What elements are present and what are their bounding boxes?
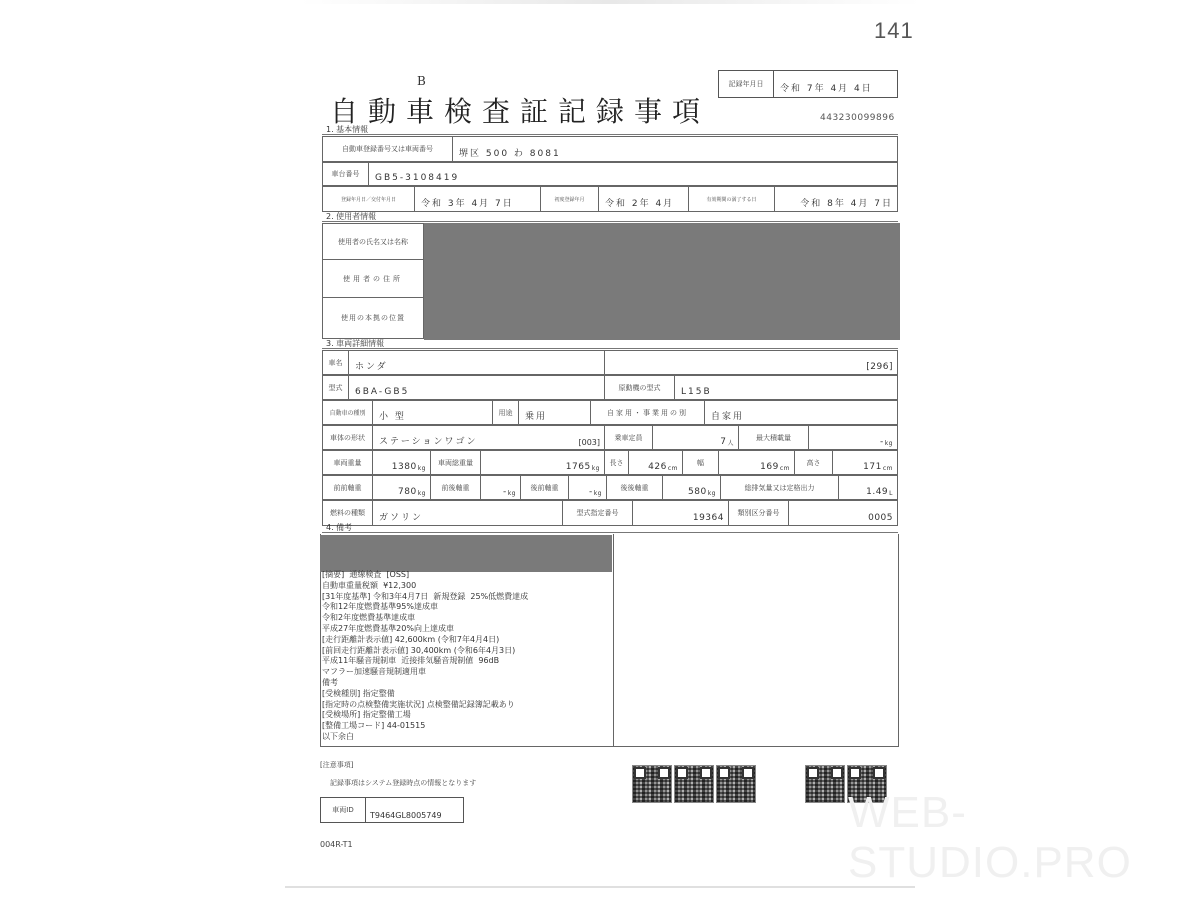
dimensions-row: 車両重量 1380kg 車両総重量 1765kg 長さ 426cm 幅 169c… (322, 450, 898, 475)
class-mark: B (417, 74, 426, 88)
remarks-line: 自動車重量税額 ¥12,300 (322, 581, 612, 592)
dates-row: 登録年月日／交付年月日 令和 3年 4月 7日 初度登録年月 令和 2年 4月 … (322, 186, 898, 212)
base-location-label: 使用の本拠の位置 (323, 298, 423, 338)
body-label: 車体の形状 (323, 426, 373, 449)
weight-label: 車両重量 (323, 451, 373, 474)
private-value: 自家用 (705, 401, 897, 424)
reg-date-value: 令和 3年 4月 7日 (415, 187, 541, 211)
gross-value: 1765 (566, 462, 591, 472)
section-user-title: 2. 使用者情報 (322, 211, 898, 222)
notes-text: 記録事項はシステム登録時点の情報となります (330, 778, 476, 788)
maker-row: 車名 ホンダ [296] (322, 350, 898, 375)
engine-label: 原動機の型式 (605, 376, 675, 399)
vehicle-id-label: 車両ID (321, 798, 366, 822)
displacement-unit: L (889, 490, 893, 497)
engine-value: L15B (675, 376, 897, 399)
length-cell: 426cm (629, 451, 683, 474)
weight-value: 1380 (392, 462, 417, 472)
qr-code-3 (716, 765, 756, 803)
weight-unit: kg (418, 465, 426, 472)
fr-axle-cell: -kg (481, 476, 521, 499)
chassis-row: 車台番号 GB5-3108419 (322, 162, 898, 186)
height-label: 高さ (795, 451, 833, 474)
width-label: 幅 (683, 451, 719, 474)
watermark: WEB-STUDIO.PRO (848, 788, 1200, 888)
vehicle-type-label: 自動車の種別 (323, 401, 373, 424)
remarks-box-right (612, 534, 899, 747)
chassis-label: 車台番号 (323, 163, 369, 185)
remarks-line: [前回走行距離計表示値] 30,400km (令和6年4月3日) (322, 646, 612, 657)
rf-axle-unit: kg (594, 490, 602, 497)
maker-label: 車名 (323, 351, 349, 374)
redacted-user-info (424, 223, 900, 340)
rr-axle-label: 後後軸重 (607, 476, 663, 499)
user-address-label: 使用者の住所 (323, 260, 423, 298)
body-value: ステーションワゴン (379, 434, 477, 447)
record-date-box: 記録年月日 令和 7年 4月 4日 (718, 70, 898, 98)
form-code: 004R-T1 (320, 840, 353, 849)
max-load-unit: kg (885, 440, 893, 447)
rf-axle-label: 後前軸重 (521, 476, 569, 499)
body-row: 車体の形状 ステーションワゴン [003] 乗車定員 7人 最大積載量 -kg (322, 425, 898, 450)
body-value-cell: ステーションワゴン [003] (373, 426, 605, 449)
rr-axle-unit: kg (708, 490, 716, 497)
record-date-value: 令和 7年 4月 4日 (774, 71, 897, 97)
remarks-line: 以下余白 (322, 732, 612, 743)
plate-label: 自動車登録番号又は車両番号 (323, 137, 453, 161)
user-label-column: 使用者の氏名又は名称 使用者の住所 使用の本拠の位置 (322, 223, 424, 339)
maker-value: ホンダ (349, 351, 605, 374)
rf-axle-value: - (589, 487, 593, 497)
displacement-cell: 1.49L (839, 476, 897, 499)
ff-axle-label: 前前軸重 (323, 476, 373, 499)
width-value: 169 (760, 462, 779, 472)
remarks-line: [受検種別] 指定整備 (322, 689, 612, 700)
model-value: 6BA-GB5 (349, 376, 605, 399)
qr-code-2 (674, 765, 714, 803)
remarks-line: マフラー加速騒音規制適用車 (322, 667, 612, 678)
remarks-line: 備考 (322, 678, 612, 689)
fr-axle-value: - (503, 487, 507, 497)
ff-axle-value: 780 (398, 487, 417, 497)
max-load-label: 最大積載量 (739, 426, 809, 449)
section-basic-title: 1. 基本情報 (322, 124, 898, 135)
gross-unit: kg (592, 465, 600, 472)
remarks-line: 平成27年度燃費基準20%向上達成車 (322, 624, 612, 635)
weight-cell: 1380kg (373, 451, 431, 474)
first-reg-value: 令和 2年 4月 (599, 187, 689, 211)
chassis-value: GB5-3108419 (369, 163, 897, 185)
remarks-line: 平成11年騒音規制車 近接排気騒音規制値 96dB (322, 656, 612, 667)
remarks-line: [走行距離計表示値] 42,600km (令和7年4月4日) (322, 635, 612, 646)
displacement-label: 総排気量又は定格出力 (721, 476, 839, 499)
use-label: 用途 (493, 401, 519, 424)
height-value: 171 (863, 462, 882, 472)
length-value: 426 (648, 462, 667, 472)
qr-code-1 (632, 765, 672, 803)
gross-label: 車両総重量 (431, 451, 481, 474)
ff-axle-cell: 780kg (373, 476, 431, 499)
page-number: 141 (874, 18, 914, 44)
remarks-line: 令和12年度燃費基準95%達成車 (322, 602, 612, 613)
ff-axle-unit: kg (418, 490, 426, 497)
first-reg-label: 初度登録年月 (541, 187, 599, 211)
section-vehicle-title: 3. 車両詳細情報 (322, 338, 898, 349)
fr-axle-unit: kg (508, 490, 516, 497)
height-unit: cm (883, 465, 893, 472)
plate-value: 堺区 500 わ 8081 (453, 137, 897, 161)
maker-code: [296] (605, 351, 897, 374)
document-id: 443230099896 (820, 113, 895, 123)
use-value: 乗用 (519, 401, 591, 424)
remarks-line: [指定時の点検整備実施状況] 点検整備記録簿記載あり (322, 700, 612, 711)
height-cell: 171cm (833, 451, 897, 474)
vehicle-id-value: T9464GL8005749 (366, 798, 463, 822)
scan-edge-bottom (285, 886, 915, 888)
displacement-value: 1.49 (866, 487, 888, 497)
length-unit: cm (668, 465, 678, 472)
record-date-label: 記録年月日 (719, 71, 774, 97)
gross-cell: 1765kg (481, 451, 605, 474)
redacted-remarks (320, 535, 612, 572)
capacity-label: 乗車定員 (605, 426, 653, 449)
vehicle-type-value: 小 型 (373, 401, 493, 424)
vehicle-id-box: 車両ID T9464GL8005749 (320, 797, 464, 823)
plate-row: 自動車登録番号又は車両番号 堺区 500 わ 8081 (322, 136, 898, 162)
qr-code-4 (805, 765, 845, 803)
private-label: 自家用・事業用の別 (591, 401, 705, 424)
rr-axle-cell: 580kg (663, 476, 721, 499)
capacity-cell: 7人 (653, 426, 739, 449)
scan-edge-top (300, 0, 920, 4)
length-label: 長さ (605, 451, 629, 474)
axle-row: 前前軸重 780kg 前後軸重 -kg 後前軸重 -kg 後後軸重 580kg … (322, 475, 898, 500)
type-row: 自動車の種別 小 型 用途 乗用 自家用・事業用の別 自家用 (322, 400, 898, 425)
capacity-unit: 人 (727, 438, 734, 447)
remarks-line: 令和2年度燃費基準達成車 (322, 613, 612, 624)
reg-date-label: 登録年月日／交付年月日 (323, 187, 415, 211)
body-code: [003] (578, 438, 600, 447)
width-cell: 169cm (719, 451, 795, 474)
expiry-value: 令和 8年 4月 7日 (775, 187, 897, 211)
remarks-line: [摘要] 通線検査 [OSS] (322, 570, 612, 581)
capacity-value: 7 (720, 437, 726, 447)
remarks-line: [整備工場コード] 44-01515 (322, 721, 612, 732)
remarks-line: [受検場所] 指定整備工場 (322, 710, 612, 721)
user-name-label: 使用者の氏名又は名称 (323, 224, 423, 260)
remarks-line: [31年度基準] 令和3年4月7日 新規登録 25%低燃費達成 (322, 592, 612, 603)
section-remarks-title: 4. 備考 (322, 522, 898, 533)
rr-axle-value: 580 (688, 487, 707, 497)
model-row: 型式 6BA-GB5 原動機の型式 L15B (322, 375, 898, 400)
rf-axle-cell: -kg (569, 476, 607, 499)
fr-axle-label: 前後軸重 (431, 476, 481, 499)
max-load-cell: -kg (809, 426, 897, 449)
expiry-label: 有効期間の満了する日 (689, 187, 775, 211)
max-load-value: - (880, 437, 884, 447)
remarks-text: [摘要] 通線検査 [OSS]自動車重量税額 ¥12,300[31年度基準] 令… (322, 570, 612, 743)
width-unit: cm (780, 465, 790, 472)
model-label: 型式 (323, 376, 349, 399)
notes-title: [注意事項] (320, 760, 353, 770)
